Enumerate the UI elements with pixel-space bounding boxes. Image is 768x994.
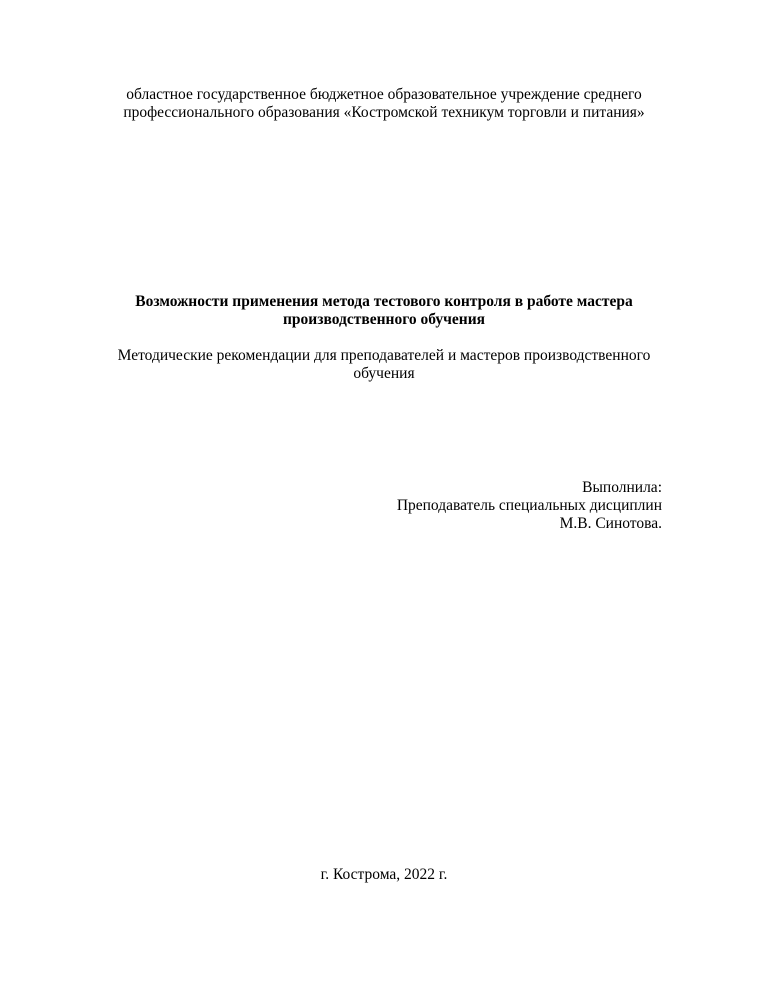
subtitle-line-1: Методические рекомендации для преподават… xyxy=(0,347,768,365)
title-line-2: производственного обучения xyxy=(0,311,768,329)
institution-line-2: профессионального образования «Костромск… xyxy=(0,104,768,122)
institution-line-1: областное государственное бюджетное обра… xyxy=(0,86,768,104)
author-position: Преподаватель специальных дисциплин xyxy=(397,497,662,515)
author-name: М.В. Синотова. xyxy=(560,515,662,533)
author-label: Выполнила: xyxy=(582,479,662,497)
place-year: г. Кострома, 2022 г. xyxy=(0,866,768,884)
title-line-1: Возможности применения метода тестового … xyxy=(0,293,768,311)
subtitle-line-2: обучения xyxy=(0,365,768,383)
